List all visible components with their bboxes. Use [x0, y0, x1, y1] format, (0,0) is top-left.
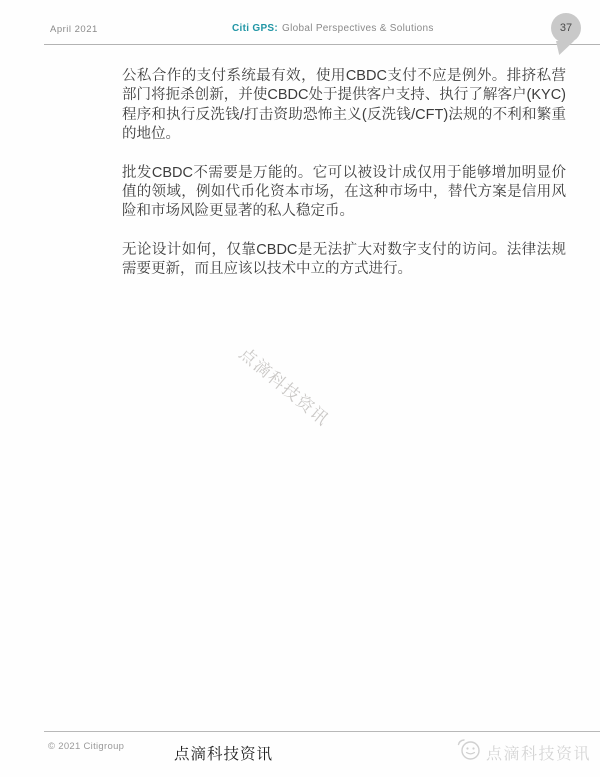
footer-watermark-right: 点滴科技资讯: [456, 738, 591, 766]
document-page: April 2021 Citi GPS:Global Perspectives …: [0, 0, 600, 777]
footer-watermark-center: 点滴科技资讯: [174, 742, 273, 764]
header-divider: [44, 44, 600, 45]
header-title: Citi GPS:Global Perspectives & Solutions: [232, 23, 434, 34]
footer-divider: [44, 731, 600, 732]
page-number-badge: 37: [551, 13, 581, 43]
page-number-badge-tail: [556, 41, 574, 55]
body-paragraph: 公私合作的支付系统最有效，使用CBDC支付不应是例外。排挤私营部门将扼杀创新，并…: [122, 67, 566, 145]
brand-name: Citi GPS:: [232, 23, 278, 34]
body-text: 公私合作的支付系统最有效，使用CBDC支付不应是例外。排挤私营部门将扼杀创新，并…: [122, 67, 566, 299]
footer-watermark-right-text: 点滴科技资讯: [486, 741, 591, 764]
body-paragraph: 批发CBDC不需要是万能的。它可以被设计成仅用于能够增加明显价值的领域，例如代币…: [122, 164, 566, 222]
body-paragraph: 无论设计如何，仅靠CBDC是无法扩大对数字支付的访问。法律法规需要更新，而且应该…: [122, 241, 566, 280]
chat-face-logo-icon: [456, 738, 482, 766]
diagonal-watermark: 点滴科技资讯: [235, 340, 336, 431]
header-date: April 2021: [50, 24, 98, 35]
brand-subtitle: Global Perspectives & Solutions: [282, 23, 434, 34]
copyright-text: © 2021 Citigroup: [48, 741, 124, 752]
